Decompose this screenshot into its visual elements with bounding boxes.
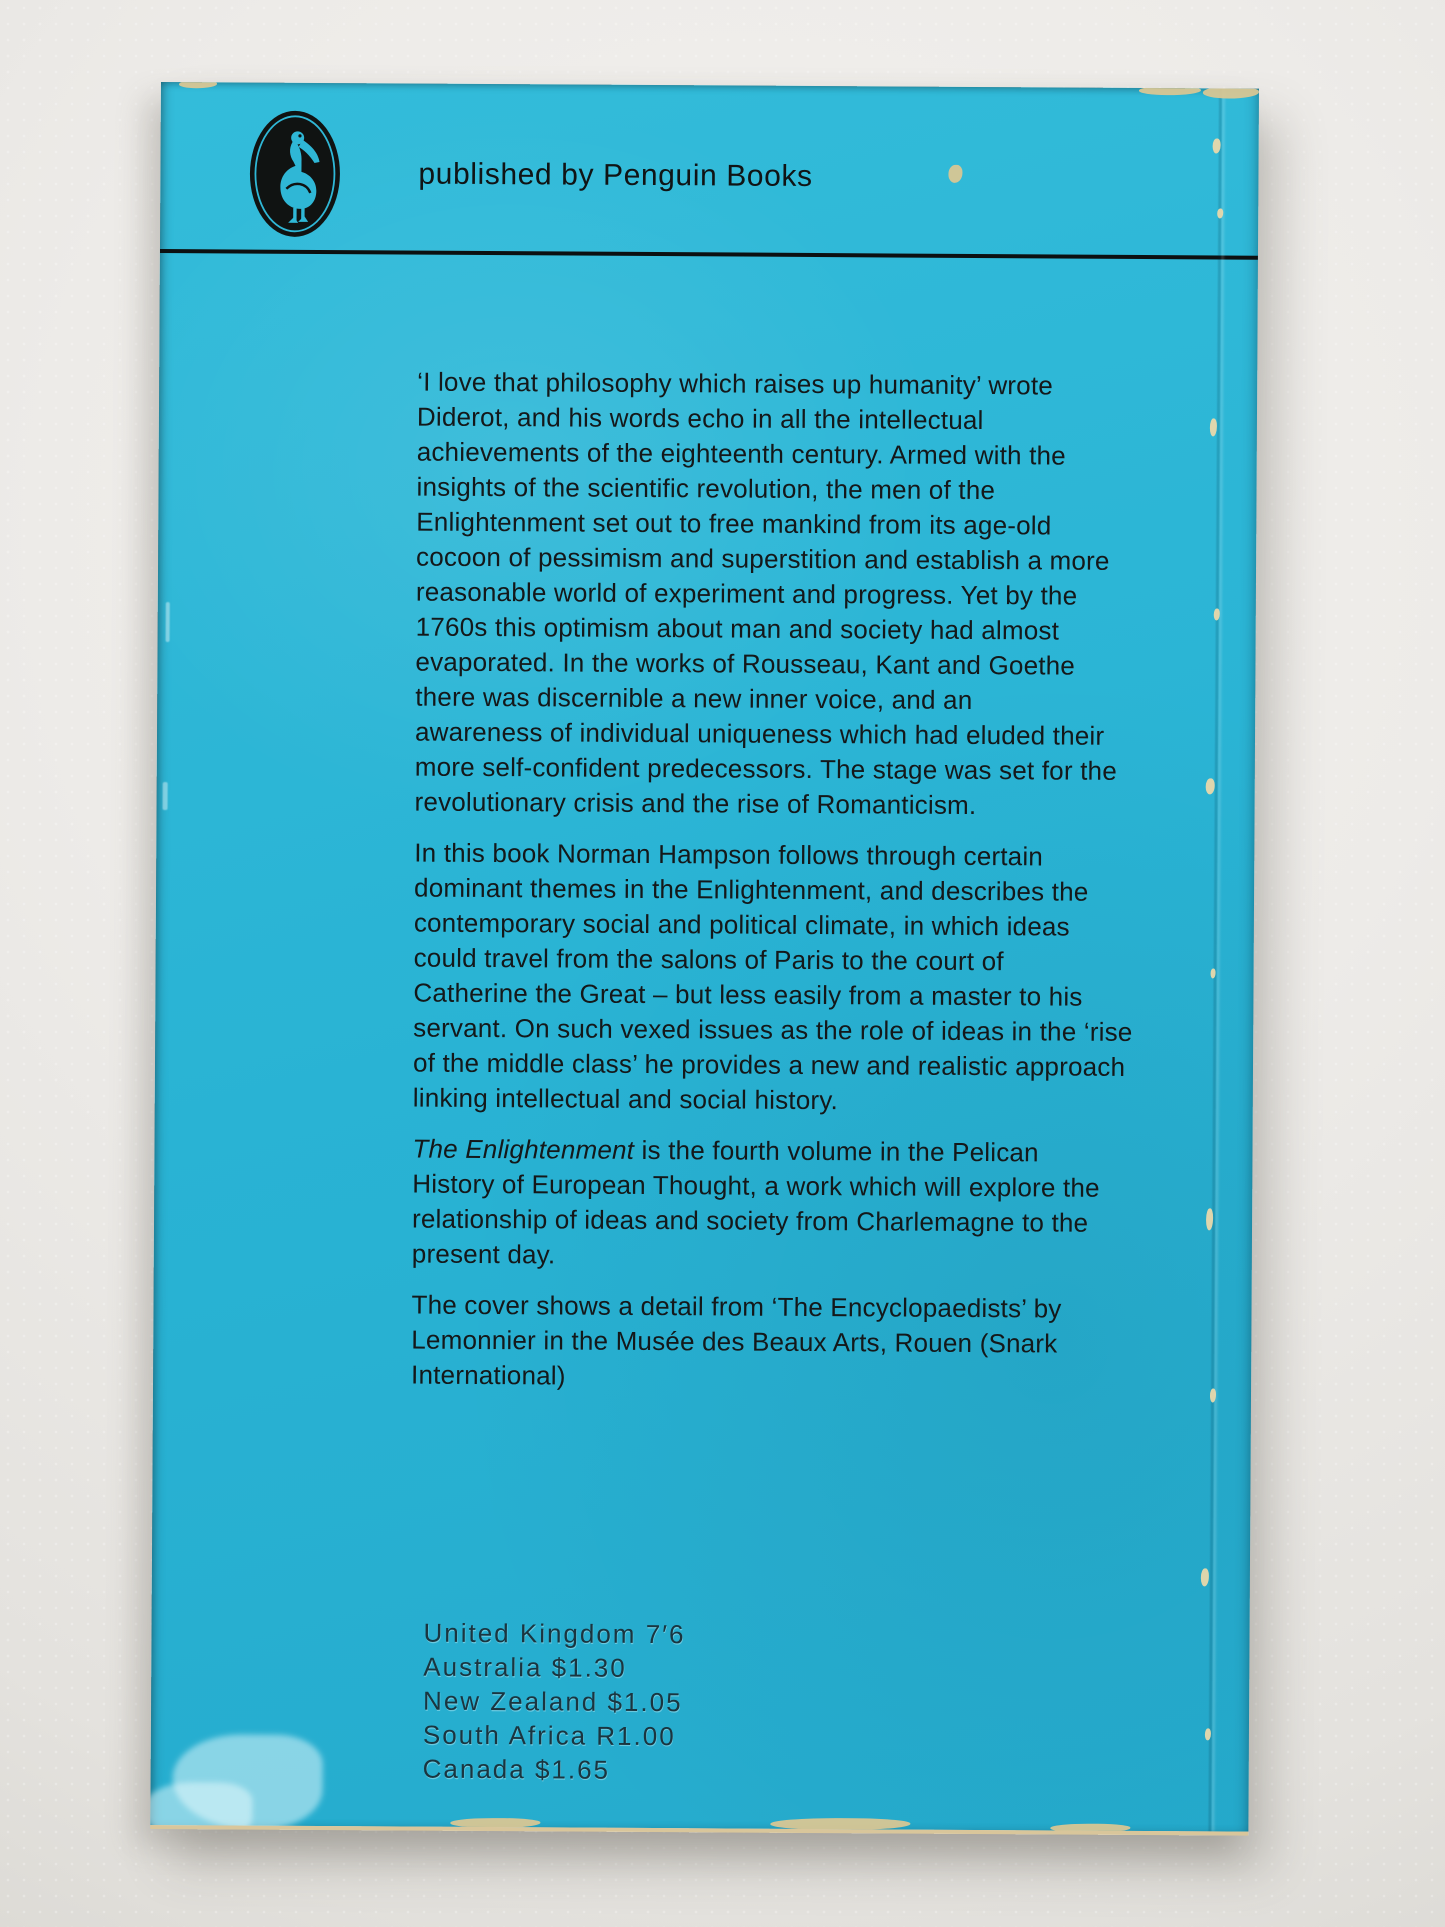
wear-chip [1217,208,1223,218]
blurb-paragraph-3: The Enlightenment is the fourth volume i… [412,1132,1193,1277]
blurb: ‘I love that philosophy which raises up … [411,365,1197,1414]
blurb-paragraph-2: In this book Norman Hampson follows thro… [413,836,1195,1121]
blurb-paragraph-1: ‘I love that philosophy which raises up … [414,365,1197,825]
spine-crease [1208,88,1222,1831]
divider-rule [160,249,1258,260]
price-canada: Canada $1.65 [423,1752,685,1788]
wear-chip [1214,608,1220,620]
price-list: United Kingdom 7′6 Australia $1.30 New Z… [423,1616,686,1788]
price-south-africa: South Africa R1.00 [423,1718,685,1754]
wear-chip [1210,1388,1216,1402]
wear-chip [1206,778,1215,794]
cover-credit: The cover shows a detail from ‘The Encyc… [411,1288,1192,1398]
wear-chip-top-edge [1139,86,1201,95]
edge-scratch [163,782,168,810]
book-back-cover: published by Penguin Books ‘I love that … [150,82,1259,1836]
price-united-kingdom: United Kingdom 7′6 [423,1616,685,1652]
pelican-icon [248,109,342,240]
wear-chip-bottom-edge [450,1818,540,1829]
publisher-line: published by Penguin Books [418,158,812,194]
corner-scuff [150,1782,252,1836]
wear-chip-top-edge [179,82,217,88]
wear-chip-bottom-edge [770,1818,910,1831]
wear-speck [948,165,962,183]
edge-scratch [166,602,170,642]
price-new-zealand: New Zealand $1.05 [423,1684,685,1720]
price-australia: Australia $1.30 [423,1650,685,1686]
series-title: The Enlightenment [412,1134,634,1165]
wear-chip [1201,1568,1209,1586]
wear-chip-top-edge [1203,86,1259,98]
cover-surface: published by Penguin Books ‘I love that … [150,82,1259,1836]
photo-backdrop: published by Penguin Books ‘I love that … [0,0,1445,1927]
wear-chip-bottom-edge [1050,1823,1130,1832]
